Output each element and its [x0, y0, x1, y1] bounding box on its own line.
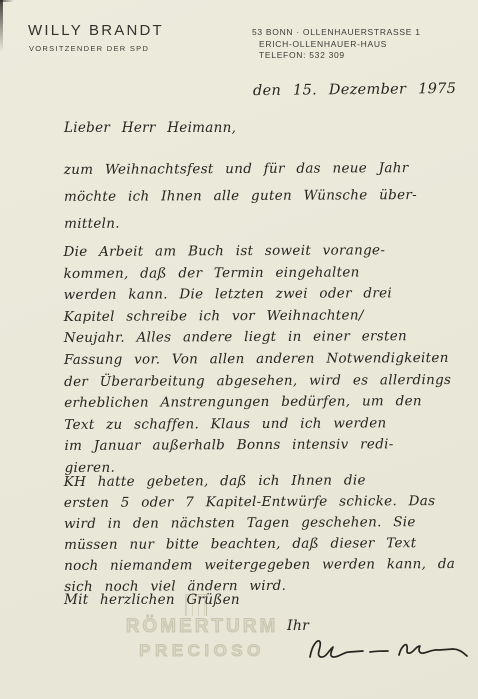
- scan-edge-artifact-top: [0, 0, 14, 2]
- body-paragraph: KH hatte gebeten, daß ich Ihnen die erst…: [64, 470, 456, 598]
- watermark-grade: PRECIOSO: [114, 641, 290, 661]
- body-line: zum Weihnachtsfest und für das neue Jahr: [64, 155, 417, 184]
- signature: [303, 633, 473, 671]
- body-paragraph: Die Arbeit am Buch ist soweit vorange- k…: [63, 240, 451, 480]
- scan-edge-artifact: [0, 0, 3, 52]
- closing-line: Mit herzlichen Grüßen: [64, 592, 240, 608]
- body-line: möchte ich Ihnen alle guten Wünsche über…: [64, 182, 417, 211]
- body-line: mitteln.: [64, 209, 417, 238]
- body-line: noch niemandem weitergegeben werden kann…: [64, 554, 455, 577]
- watermark-brand: RÖMERTURM: [114, 616, 290, 638]
- paper-watermark: RÖMERTURM PRECIOSO: [114, 616, 290, 661]
- address-line: 53 BONN · OLLENHAUERSTRASSE 1: [252, 27, 421, 39]
- body-paragraph: zum Weihnachtsfest und für das neue Jahr…: [64, 155, 417, 238]
- body-line: ersten 5 oder 7 Kapitel-Entwürfe schicke…: [64, 491, 455, 514]
- salutation: Lieber Herr Heimann,: [64, 120, 236, 136]
- body-line: Text zu schaffen. Klaus und ich werden: [64, 413, 451, 437]
- letterhead-role: VORSITZENDER DER SPD: [29, 44, 149, 53]
- body-line: Kapitel schreibe ich vor Weihnachten/: [64, 305, 451, 329]
- valediction: Ihr: [287, 618, 309, 634]
- body-line: der Überarbeitung abgesehen, wird es all…: [64, 370, 451, 394]
- letter-scan: WILLY BRANDT VORSITZENDER DER SPD 53 BON…: [0, 0, 478, 699]
- body-line: KH hatte gebeten, daß ich Ihnen die: [64, 470, 455, 493]
- body-line: Neujahr. Alles andere liegt in einer ers…: [64, 326, 451, 350]
- letterhead-name: WILLY BRANDT: [28, 22, 164, 39]
- body-line: werden kann. Die letzten zwei oder drei: [64, 283, 451, 307]
- body-line: Die Arbeit am Buch ist soweit vorange-: [63, 240, 450, 264]
- handwritten-date: den 15. Dezember 1975: [253, 81, 456, 99]
- body-line: erheblichen Anstrengungen bedürfen, um d…: [64, 391, 451, 415]
- body-line: kommen, daß der Termin eingehalten: [63, 262, 450, 286]
- letterhead-address: 53 BONN · OLLENHAUERSTRASSE 1 ERICH-OLLE…: [252, 27, 421, 62]
- address-line: TELEFON: 532 309: [252, 50, 421, 62]
- body-line: wird in den nächsten Tagen geschehen. Si…: [64, 512, 455, 535]
- body-line: Fassung vor. Von allen anderen Notwendig…: [64, 348, 451, 372]
- body-line: müssen nur bitte beachten, daß dieser Te…: [64, 533, 455, 556]
- address-line: ERICH-OLLENHAUER-HAUS: [252, 39, 421, 51]
- body-line: im Januar außerhalb Bonns intensiv redi-: [64, 434, 451, 458]
